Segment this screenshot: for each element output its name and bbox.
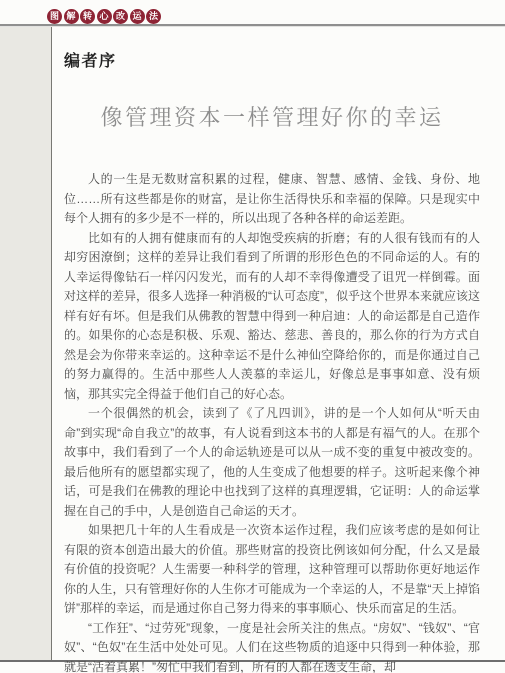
badge-character-circle: 心 [97, 9, 112, 24]
body-paragraph: 一个很偶然的机会，读到了《了凡四训》，讲的是一个人如何从“听天由命”到实现“命自… [64, 404, 480, 521]
badge-character-circle: 转 [80, 9, 95, 24]
body-paragraph: 人的一生是无数财富积累的过程，健康、智慧、感情、金钱、身份、地位……所有这些都是… [64, 170, 480, 229]
badge-character-circle: 改 [113, 9, 128, 24]
body-paragraph: “工作狂”、“过劳死”现象，一度是社会所关注的焦点。“房奴”、“钱奴”、“官奴”… [64, 619, 480, 673]
section-heading: 编者序 [64, 48, 480, 71]
body-paragraph: 如果把几十年的人生看成是一次资本运作过程，我们应该考虑的是如何让有限的资本创造出… [64, 521, 480, 619]
badge-character-circle: 运 [130, 9, 145, 24]
badge-character-circle: 图 [47, 9, 62, 24]
badge-character-circle: 解 [64, 9, 79, 24]
series-badge: 图解转心改运法 [47, 9, 161, 24]
body-paragraphs: 人的一生是无数财富积累的过程，健康、智慧、感情、金钱、身份、地位……所有这些都是… [64, 170, 480, 673]
book-page: 图解转心改运法 编者序 像管理资本一样管理好你的幸运 人的一生是无数财富积累的过… [0, 0, 505, 673]
top-rule [0, 24, 505, 27]
page-content: 编者序 像管理资本一样管理好你的幸运 人的一生是无数财富积累的过程，健康、智慧、… [64, 48, 480, 673]
body-paragraph: 比如有的人拥有健康而有的人却饱受疾病的折磨；有的人很有钱而有的人却穷困潦倒；这样… [64, 229, 480, 405]
badge-character-circle: 法 [146, 9, 161, 24]
left-margin-column [0, 27, 52, 660]
chapter-title: 像管理资本一样管理好你的幸运 [64, 101, 480, 132]
